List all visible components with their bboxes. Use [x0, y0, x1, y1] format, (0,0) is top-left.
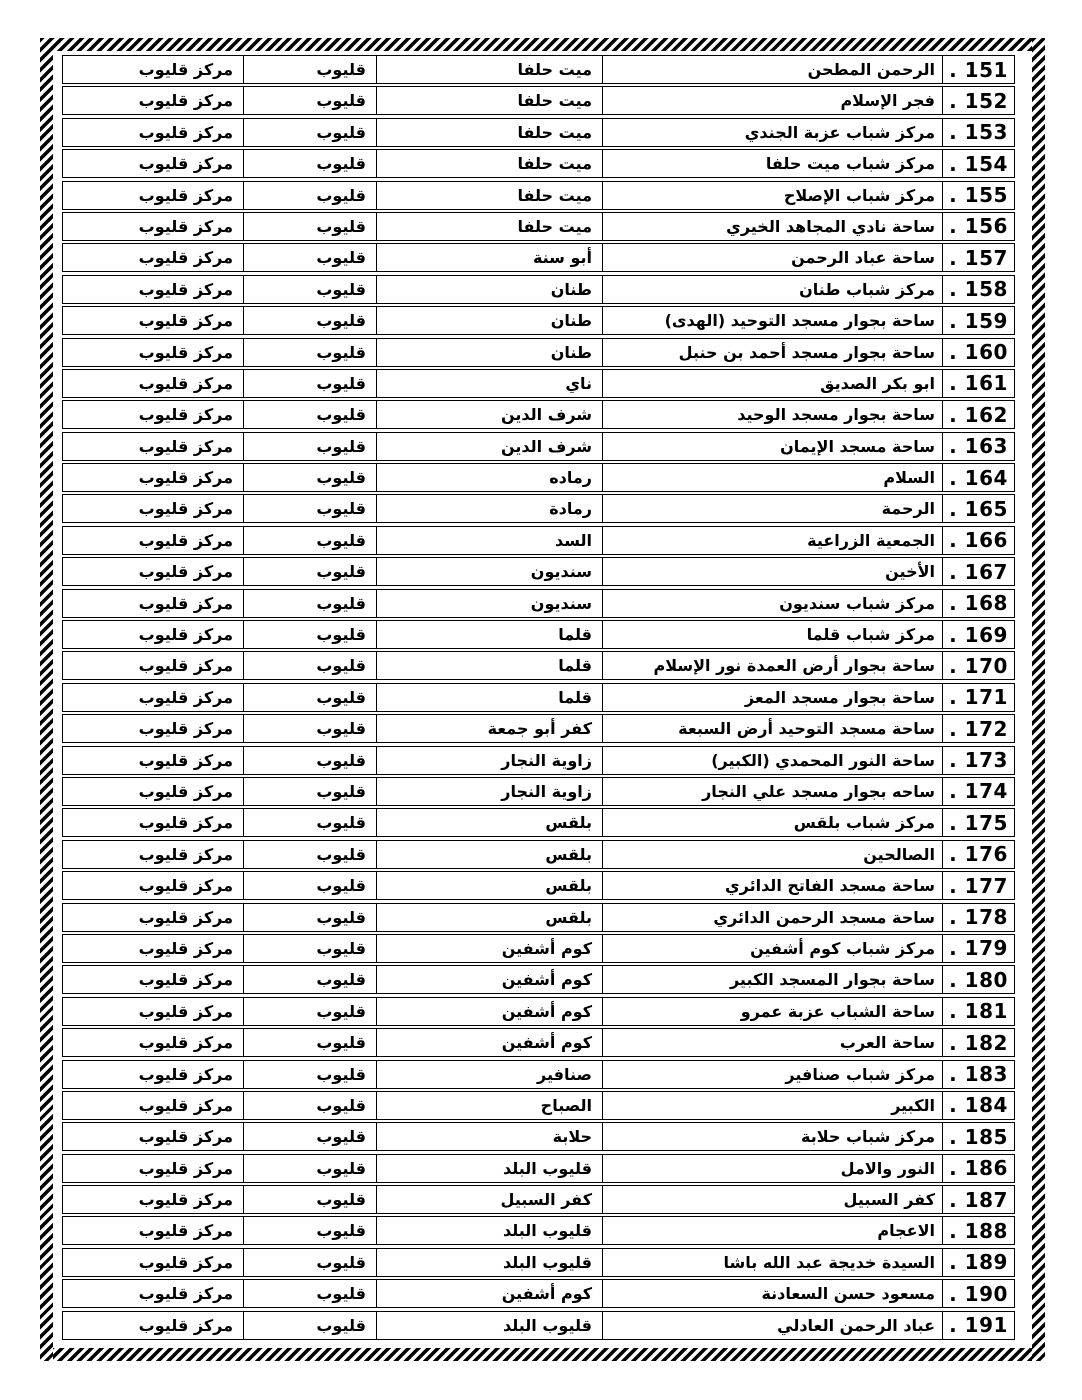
serial-number-cell: 179 . [942, 935, 1014, 962]
serial-number-cell: 163 . [942, 433, 1014, 460]
table-row: 178 . ساحة مسجد الرحمن الدائري بلقس قليو… [62, 903, 1015, 932]
table-row: 152 . فجر الإسلام ميت حلفا قليوب مركز قل… [62, 86, 1015, 115]
village-cell: قلما [376, 684, 602, 711]
site-name-cell: الرحمن المطحن [602, 56, 942, 83]
village-cell: صنافير [376, 1061, 602, 1088]
village-cell: سنديون [376, 590, 602, 617]
table-row: 181 . ساحة الشباب عزبة عمرو كوم أشفين قل… [62, 997, 1015, 1026]
city-cell: قليوب [243, 213, 376, 240]
markaz-cell: مركز قليوب [63, 1092, 243, 1119]
site-name-cell: ساحة مسجد الفاتح الدائري [602, 872, 942, 899]
table-row: 180 . ساحة بجوار المسجد الكبير كوم أشفين… [62, 965, 1015, 994]
village-cell: بلقس [376, 872, 602, 899]
site-name-cell: ساحة بجوار مسجد المعز [602, 684, 942, 711]
table-row: 184 . الكبير الصباح قليوب مركز قليوب [62, 1091, 1015, 1120]
city-cell: قليوب [243, 1280, 376, 1307]
village-cell: شرف الدين [376, 433, 602, 460]
table-row: 186 . النور والامل قليوب البلد قليوب مرك… [62, 1154, 1015, 1183]
city-cell: قليوب [243, 558, 376, 585]
markaz-cell: مركز قليوب [63, 841, 243, 868]
table-row: 164 . السلام رماده قليوب مركز قليوب [62, 463, 1015, 492]
city-cell: قليوب [243, 841, 376, 868]
village-cell: ناي [376, 370, 602, 397]
site-name-cell: الاعجام [602, 1217, 942, 1244]
village-cell: طنان [376, 307, 602, 334]
table-row: 154 . مركز شباب ميت حلفا ميت حلفا قليوب … [62, 149, 1015, 178]
markaz-cell: مركز قليوب [63, 1249, 243, 1276]
village-cell: كوم أشفين [376, 998, 602, 1025]
site-name-cell: مركز شباب طنان [602, 276, 942, 303]
city-cell: قليوب [243, 1249, 376, 1276]
markaz-cell: مركز قليوب [63, 1029, 243, 1056]
site-name-cell: مركز شباب سنديون [602, 590, 942, 617]
city-cell: قليوب [243, 1186, 376, 1213]
serial-number-cell: 178 . [942, 904, 1014, 931]
serial-number-cell: 165 . [942, 495, 1014, 522]
site-name-cell: مركز شباب عزبة الجندي [602, 119, 942, 146]
table-row: 151 . الرحمن المطحن ميت حلفا قليوب مركز … [62, 55, 1015, 84]
markaz-cell: مركز قليوب [63, 495, 243, 522]
table-row: 185 . مركز شباب حلابة حلابة قليوب مركز ق… [62, 1122, 1015, 1151]
markaz-cell: مركز قليوب [63, 276, 243, 303]
city-cell: قليوب [243, 904, 376, 931]
site-name-cell: ساحة مسجد الرحمن الدائري [602, 904, 942, 931]
site-name-cell: النور والامل [602, 1155, 942, 1182]
serial-number-cell: 175 . [942, 809, 1014, 836]
city-cell: قليوب [243, 119, 376, 146]
site-name-cell: مركز شباب كوم أشفين [602, 935, 942, 962]
city-cell: قليوب [243, 966, 376, 993]
serial-number-cell: 168 . [942, 590, 1014, 617]
table-row: 156 . ساحة نادي المجاهد الخيري ميت حلفا … [62, 212, 1015, 241]
markaz-cell: مركز قليوب [63, 1280, 243, 1307]
city-cell: قليوب [243, 527, 376, 554]
markaz-cell: مركز قليوب [63, 464, 243, 491]
village-cell: كفر السبيل [376, 1186, 602, 1213]
table-row: 155 . مركز شباب الإصلاح ميت حلفا قليوب م… [62, 181, 1015, 210]
markaz-cell: مركز قليوب [63, 747, 243, 774]
serial-number-cell: 177 . [942, 872, 1014, 899]
site-name-cell: فجر الإسلام [602, 87, 942, 114]
markaz-cell: مركز قليوب [63, 1061, 243, 1088]
village-cell: ميت حلفا [376, 119, 602, 146]
table-row: 161 . ابو بكر الصديق ناي قليوب مركز قليو… [62, 369, 1015, 398]
sites-table: 151 . الرحمن المطحن ميت حلفا قليوب مركز … [62, 55, 1015, 1342]
table-row: 189 . السيدة خديجة عبد الله باشا قليوب ا… [62, 1248, 1015, 1277]
site-name-cell: ساحة عباد الرحمن [602, 244, 942, 271]
serial-number-cell: 180 . [942, 966, 1014, 993]
markaz-cell: مركز قليوب [63, 872, 243, 899]
village-cell: ميت حلفا [376, 150, 602, 177]
markaz-cell: مركز قليوب [63, 119, 243, 146]
markaz-cell: مركز قليوب [63, 778, 243, 805]
village-cell: السد [376, 527, 602, 554]
village-cell: قليوب البلد [376, 1155, 602, 1182]
table-row: 174 . ساحه بجوار مسجد علي النجار زاوية ا… [62, 777, 1015, 806]
decorative-border-left [40, 38, 53, 1361]
table-row: 172 . ساحة مسجد التوحيد أرض السبعة كفر أ… [62, 714, 1015, 743]
site-name-cell: ساحة مسجد الإيمان [602, 433, 942, 460]
serial-number-cell: 190 . [942, 1280, 1014, 1307]
table-row: 168 . مركز شباب سنديون سنديون قليوب مركز… [62, 589, 1015, 618]
village-cell: رمادة [376, 495, 602, 522]
site-name-cell: مسعود حسن السعادنة [602, 1280, 942, 1307]
table-row: 162 . ساحة بجوار مسجد الوحيد شرف الدين ق… [62, 400, 1015, 429]
village-cell: طنان [376, 276, 602, 303]
village-cell: زاوية النجار [376, 778, 602, 805]
table-row: 183 . مركز شباب صنافير صنافير قليوب مركز… [62, 1060, 1015, 1089]
city-cell: قليوب [243, 182, 376, 209]
city-cell: قليوب [243, 621, 376, 648]
table-row: 160 . ساحة بجوار مسجد أحمد بن حنبل طنان … [62, 338, 1015, 367]
site-name-cell: السيدة خديجة عبد الله باشا [602, 1249, 942, 1276]
table-row: 182 . ساحة العرب كوم أشفين قليوب مركز قل… [62, 1028, 1015, 1057]
markaz-cell: مركز قليوب [63, 621, 243, 648]
table-row: 171 . ساحة بجوار مسجد المعز قلما قليوب م… [62, 683, 1015, 712]
markaz-cell: مركز قليوب [63, 684, 243, 711]
site-name-cell: عباد الرحمن العادلي [602, 1312, 942, 1339]
village-cell: قليوب البلد [376, 1312, 602, 1339]
village-cell: ميت حلفا [376, 182, 602, 209]
serial-number-cell: 169 . [942, 621, 1014, 648]
serial-number-cell: 185 . [942, 1123, 1014, 1150]
site-name-cell: مركز شباب حلابة [602, 1123, 942, 1150]
site-name-cell: الجمعية الزراعية [602, 527, 942, 554]
site-name-cell: كفر السبيل [602, 1186, 942, 1213]
city-cell: قليوب [243, 1312, 376, 1339]
table-row: 187 . كفر السبيل كفر السبيل قليوب مركز ق… [62, 1185, 1015, 1214]
markaz-cell: مركز قليوب [63, 150, 243, 177]
serial-number-cell: 176 . [942, 841, 1014, 868]
village-cell: قليوب البلد [376, 1217, 602, 1244]
city-cell: قليوب [243, 872, 376, 899]
table-row: 175 . مركز شباب بلقس بلقس قليوب مركز قلي… [62, 808, 1015, 837]
table-row: 167 . الأخين سنديون قليوب مركز قليوب [62, 557, 1015, 586]
site-name-cell: ساحة بجوار مسجد التوحيد (الهدى) [602, 307, 942, 334]
site-name-cell: ساحة بجوار أرض العمدة نور الإسلام [602, 652, 942, 679]
city-cell: قليوب [243, 276, 376, 303]
site-name-cell: مركز شباب بلقس [602, 809, 942, 836]
serial-number-cell: 189 . [942, 1249, 1014, 1276]
serial-number-cell: 170 . [942, 652, 1014, 679]
table-row: 170 . ساحة بجوار أرض العمدة نور الإسلام … [62, 651, 1015, 680]
site-name-cell: ساحه بجوار مسجد علي النجار [602, 778, 942, 805]
markaz-cell: مركز قليوب [63, 809, 243, 836]
city-cell: قليوب [243, 998, 376, 1025]
village-cell: ميت حلفا [376, 213, 602, 240]
table-row: 191 . عباد الرحمن العادلي قليوب البلد قل… [62, 1311, 1015, 1340]
serial-number-cell: 182 . [942, 1029, 1014, 1056]
site-name-cell: ساحة مسجد التوحيد أرض السبعة [602, 715, 942, 742]
village-cell: ميت حلفا [376, 87, 602, 114]
village-cell: زاوية النجار [376, 747, 602, 774]
markaz-cell: مركز قليوب [63, 966, 243, 993]
site-name-cell: ساحة بجوار مسجد الوحيد [602, 401, 942, 428]
village-cell: سنديون [376, 558, 602, 585]
city-cell: قليوب [243, 1092, 376, 1119]
serial-number-cell: 171 . [942, 684, 1014, 711]
markaz-cell: مركز قليوب [63, 1312, 243, 1339]
decorative-border-bottom [40, 1348, 1045, 1361]
city-cell: قليوب [243, 1155, 376, 1182]
village-cell: شرف الدين [376, 401, 602, 428]
city-cell: قليوب [243, 684, 376, 711]
village-cell: قلما [376, 652, 602, 679]
serial-number-cell: 167 . [942, 558, 1014, 585]
city-cell: قليوب [243, 809, 376, 836]
serial-number-cell: 159 . [942, 307, 1014, 334]
city-cell: قليوب [243, 1061, 376, 1088]
table-row: 166 . الجمعية الزراعية السد قليوب مركز ق… [62, 526, 1015, 555]
city-cell: قليوب [243, 87, 376, 114]
markaz-cell: مركز قليوب [63, 1123, 243, 1150]
serial-number-cell: 191 . [942, 1312, 1014, 1339]
markaz-cell: مركز قليوب [63, 652, 243, 679]
serial-number-cell: 154 . [942, 150, 1014, 177]
serial-number-cell: 161 . [942, 370, 1014, 397]
serial-number-cell: 151 . [942, 56, 1014, 83]
city-cell: قليوب [243, 401, 376, 428]
serial-number-cell: 160 . [942, 339, 1014, 366]
table-row: 179 . مركز شباب كوم أشفين كوم أشفين قليو… [62, 934, 1015, 963]
table-row: 158 . مركز شباب طنان طنان قليوب مركز قلي… [62, 275, 1015, 304]
village-cell: بلقس [376, 841, 602, 868]
serial-number-cell: 156 . [942, 213, 1014, 240]
markaz-cell: مركز قليوب [63, 56, 243, 83]
markaz-cell: مركز قليوب [63, 590, 243, 617]
city-cell: قليوب [243, 56, 376, 83]
site-name-cell: الرحمة [602, 495, 942, 522]
serial-number-cell: 157 . [942, 244, 1014, 271]
site-name-cell: ساحة نادي المجاهد الخيري [602, 213, 942, 240]
markaz-cell: مركز قليوب [63, 558, 243, 585]
site-name-cell: مركز شباب قلما [602, 621, 942, 648]
serial-number-cell: 184 . [942, 1092, 1014, 1119]
city-cell: قليوب [243, 1123, 376, 1150]
village-cell: بلقس [376, 904, 602, 931]
decorative-border-right [1032, 38, 1045, 1361]
site-name-cell: السلام [602, 464, 942, 491]
site-name-cell: ساحة بجوار المسجد الكبير [602, 966, 942, 993]
village-cell: رماده [376, 464, 602, 491]
serial-number-cell: 152 . [942, 87, 1014, 114]
table-row: 153 . مركز شباب عزبة الجندي ميت حلفا قلي… [62, 118, 1015, 147]
village-cell: حلابة [376, 1123, 602, 1150]
table-row: 157 . ساحة عباد الرحمن أبو سنة قليوب مرك… [62, 243, 1015, 272]
city-cell: قليوب [243, 370, 376, 397]
table-row: 169 . مركز شباب قلما قلما قليوب مركز قلي… [62, 620, 1015, 649]
serial-number-cell: 172 . [942, 715, 1014, 742]
markaz-cell: مركز قليوب [63, 182, 243, 209]
city-cell: قليوب [243, 778, 376, 805]
markaz-cell: مركز قليوب [63, 1217, 243, 1244]
village-cell: أبو سنة [376, 244, 602, 271]
village-cell: كوم أشفين [376, 966, 602, 993]
city-cell: قليوب [243, 339, 376, 366]
markaz-cell: مركز قليوب [63, 433, 243, 460]
serial-number-cell: 164 . [942, 464, 1014, 491]
serial-number-cell: 153 . [942, 119, 1014, 146]
markaz-cell: مركز قليوب [63, 370, 243, 397]
table-row: 176 . الصالحين بلقس قليوب مركز قليوب [62, 840, 1015, 869]
serial-number-cell: 186 . [942, 1155, 1014, 1182]
city-cell: قليوب [243, 244, 376, 271]
site-name-cell: الكبير [602, 1092, 942, 1119]
village-cell: كوم أشفين [376, 1029, 602, 1056]
village-cell: كوم أشفين [376, 1280, 602, 1307]
table-row: 190 . مسعود حسن السعادنة كوم أشفين قليوب… [62, 1279, 1015, 1308]
village-cell: كفر أبو جمعة [376, 715, 602, 742]
city-cell: قليوب [243, 935, 376, 962]
site-name-cell: الأخين [602, 558, 942, 585]
city-cell: قليوب [243, 433, 376, 460]
markaz-cell: مركز قليوب [63, 213, 243, 240]
document-page: { "page": { "background": "#ffffff", "in… [0, 0, 1082, 1400]
village-cell: الصباح [376, 1092, 602, 1119]
serial-number-cell: 158 . [942, 276, 1014, 303]
table-row: 188 . الاعجام قليوب البلد قليوب مركز قلي… [62, 1216, 1015, 1245]
markaz-cell: مركز قليوب [63, 1186, 243, 1213]
site-name-cell: مركز شباب صنافير [602, 1061, 942, 1088]
serial-number-cell: 173 . [942, 747, 1014, 774]
site-name-cell: الصالحين [602, 841, 942, 868]
serial-number-cell: 181 . [942, 998, 1014, 1025]
table-row: 177 . ساحة مسجد الفاتح الدائري بلقس قليو… [62, 871, 1015, 900]
village-cell: طنان [376, 339, 602, 366]
table-row: 165 . الرحمة رمادة قليوب مركز قليوب [62, 494, 1015, 523]
table-row: 159 . ساحة بجوار مسجد التوحيد (الهدى) طن… [62, 306, 1015, 335]
serial-number-cell: 187 . [942, 1186, 1014, 1213]
city-cell: قليوب [243, 715, 376, 742]
serial-number-cell: 183 . [942, 1061, 1014, 1088]
decorative-border-top [40, 38, 1045, 51]
markaz-cell: مركز قليوب [63, 244, 243, 271]
site-name-cell: مركز شباب الإصلاح [602, 182, 942, 209]
city-cell: قليوب [243, 495, 376, 522]
city-cell: قليوب [243, 307, 376, 334]
table-row: 173 . ساحة النور المحمدي (الكبير) زاوية … [62, 746, 1015, 775]
markaz-cell: مركز قليوب [63, 307, 243, 334]
markaz-cell: مركز قليوب [63, 904, 243, 931]
village-cell: ميت حلفا [376, 56, 602, 83]
city-cell: قليوب [243, 150, 376, 177]
site-name-cell: ابو بكر الصديق [602, 370, 942, 397]
city-cell: قليوب [243, 652, 376, 679]
site-name-cell: ساحة النور المحمدي (الكبير) [602, 747, 942, 774]
markaz-cell: مركز قليوب [63, 401, 243, 428]
city-cell: قليوب [243, 747, 376, 774]
village-cell: بلقس [376, 809, 602, 836]
site-name-cell: ساحة العرب [602, 1029, 942, 1056]
markaz-cell: مركز قليوب [63, 87, 243, 114]
serial-number-cell: 155 . [942, 182, 1014, 209]
markaz-cell: مركز قليوب [63, 715, 243, 742]
city-cell: قليوب [243, 1029, 376, 1056]
site-name-cell: ساحة بجوار مسجد أحمد بن حنبل [602, 339, 942, 366]
city-cell: قليوب [243, 1217, 376, 1244]
serial-number-cell: 162 . [942, 401, 1014, 428]
serial-number-cell: 188 . [942, 1217, 1014, 1244]
serial-number-cell: 166 . [942, 527, 1014, 554]
village-cell: كوم أشفين [376, 935, 602, 962]
city-cell: قليوب [243, 464, 376, 491]
serial-number-cell: 174 . [942, 778, 1014, 805]
markaz-cell: مركز قليوب [63, 935, 243, 962]
markaz-cell: مركز قليوب [63, 1155, 243, 1182]
markaz-cell: مركز قليوب [63, 998, 243, 1025]
city-cell: قليوب [243, 590, 376, 617]
markaz-cell: مركز قليوب [63, 339, 243, 366]
markaz-cell: مركز قليوب [63, 527, 243, 554]
table-row: 163 . ساحة مسجد الإيمان شرف الدين قليوب … [62, 432, 1015, 461]
village-cell: قلما [376, 621, 602, 648]
site-name-cell: ساحة الشباب عزبة عمرو [602, 998, 942, 1025]
site-name-cell: مركز شباب ميت حلفا [602, 150, 942, 177]
village-cell: قليوب البلد [376, 1249, 602, 1276]
